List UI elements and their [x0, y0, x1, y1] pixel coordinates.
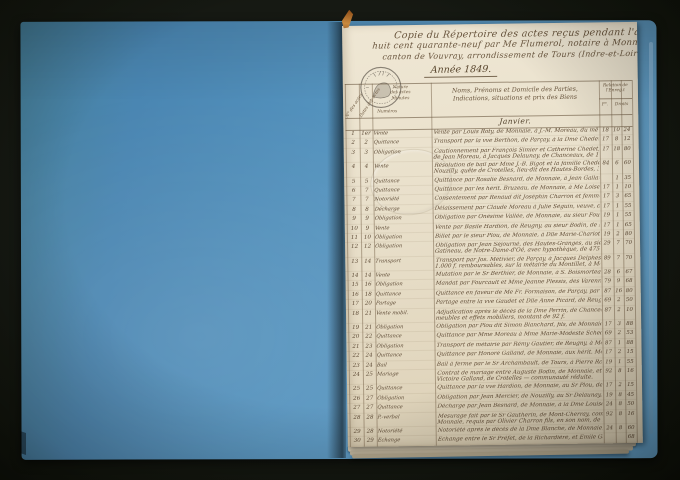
entry-centimes: 65: [622, 193, 633, 199]
entry-description: Vente par Louis Roty, de Monnaie, à J.-M…: [433, 127, 599, 136]
entry-description: Transport de métairie par Rémy Gautier, …: [436, 340, 602, 349]
entry-date: 28: [364, 428, 377, 434]
entry-description: Consentement par Renaud dit Joséphin Cha…: [434, 194, 600, 203]
entry-centimes: 88: [624, 340, 635, 346]
entry-date: 7: [360, 188, 373, 194]
entry-nature: Échange: [377, 437, 435, 444]
entry-description: Quittance par Rosalie Besnard, de Monnai…: [434, 175, 600, 184]
entry-nature: P.-verbal: [377, 413, 435, 420]
entry-nature: Transport: [375, 257, 433, 264]
entry-folio: 84: [600, 160, 612, 166]
entry-description: Quittance en faveur de Me Fr. Formaison,…: [435, 288, 601, 297]
entry-folio: 87: [602, 307, 614, 313]
entry-nature: Quittance: [374, 187, 432, 194]
entry-nature: Quittance: [377, 404, 435, 411]
entry-centimes: 15: [625, 382, 636, 388]
entry-number: 26: [350, 396, 363, 402]
entry-centimes: 35: [622, 175, 633, 181]
entry-francs: 1: [614, 340, 624, 346]
entry-francs: 2: [613, 231, 623, 237]
entry-description: Transport par la vve Berthon, de Parçay,…: [433, 137, 599, 146]
entry-description: Quittance par Mme Moreau à Mme Marie-Mod…: [436, 331, 602, 340]
entry-date: 2: [360, 140, 373, 146]
entry-nature: Vente mobil.: [376, 309, 434, 316]
entry-description: Mandat par Fourcault et Mme Jeanne Pless…: [435, 279, 601, 288]
entry-centimes: 16: [625, 410, 636, 416]
entry-description: Notoriété après le décès de la Dme Blanc…: [437, 425, 603, 434]
entry-centimes: 80: [624, 288, 635, 294]
entry-folio: 19: [603, 392, 615, 398]
entry-francs: 1: [613, 212, 623, 218]
entry-nature: Quittance: [374, 177, 432, 184]
entry-nature: Décharge: [374, 205, 432, 212]
entry-folio: 92: [603, 368, 615, 374]
entries-list: 1 1er Vente Vente par Louis Roty, de Mon…: [343, 126, 642, 447]
right-header-title: Relation de l'Enreg.t: [599, 83, 632, 94]
entry-number: 17: [349, 301, 362, 307]
entry-nature: Quittance: [373, 139, 431, 146]
entry-folio: 79: [602, 279, 614, 285]
entry-nature: Bail: [376, 361, 434, 368]
entry-date: 27: [363, 405, 376, 411]
entry-date: 24: [363, 362, 376, 368]
entry-date: 20: [362, 301, 375, 307]
entry-description: Transport par Jos. Métivier, de Parçay, …: [435, 255, 601, 270]
entry-centimes: 15: [625, 349, 636, 355]
right-subheader-rule: [599, 98, 632, 99]
entry-nature: Obligation: [375, 243, 433, 250]
entry-date: 8: [361, 206, 374, 212]
entry-centimes: 55: [623, 212, 634, 218]
entry-francs: 2: [614, 297, 624, 303]
entry-folio: 17: [600, 137, 612, 143]
entry-centimes: 55: [625, 359, 636, 365]
entry-date: 14: [361, 273, 374, 279]
entry-date: 29: [364, 438, 377, 444]
entry-centimes: 50: [624, 297, 635, 303]
entry-number: 12: [348, 244, 361, 250]
entry-description: Obligation par Onésime Vallée, de Monnai…: [434, 213, 600, 222]
entry-folio: 19: [601, 231, 613, 237]
entry-centimes: 55: [622, 203, 633, 209]
right-subheader-droits: Droits: [611, 102, 632, 108]
entry-description: Obligation par Plou dit Simon Blanchard,…: [436, 321, 602, 330]
entry-number: 3: [347, 150, 360, 156]
entry-nature: Partage: [376, 300, 434, 307]
entry-number: 22: [350, 353, 363, 359]
entry-nature: Obligation: [376, 343, 434, 350]
entry-francs: 9: [614, 279, 624, 285]
entry-francs: 8: [615, 368, 625, 374]
entry-nature: Mariage: [376, 371, 434, 378]
entry-date: 4: [360, 164, 373, 170]
entry-folio: 89: [601, 255, 613, 261]
entry-centimes: 10: [622, 184, 633, 190]
entry-description: Mutation par le Sr Berthier, de Monnaie,…: [435, 269, 601, 278]
entry-centimes: 12: [622, 136, 633, 142]
entry-number: 5: [347, 178, 360, 184]
entry-centimes: 68: [624, 278, 635, 284]
entry-description: Délaissement par Claude Moreau à Julie S…: [434, 203, 600, 212]
entry-nature: Obligation: [375, 281, 433, 288]
entry-centimes: 50: [625, 401, 636, 407]
entry-francs: 1: [612, 203, 622, 209]
entry-folio: 24: [604, 425, 616, 431]
entry-description: Cautionnement par François Simier et Cat…: [433, 146, 599, 161]
entry-francs: 10: [611, 127, 621, 133]
main-header-line-2: Indications, situations et prix des Bien…: [431, 93, 599, 103]
entry-description: Bail à ferme par le Sr Archambault, de T…: [436, 359, 602, 368]
entry-nature: Quittance: [375, 291, 433, 298]
entry-number: 9: [348, 216, 361, 222]
entry-date: 23: [362, 343, 375, 349]
entry-folio: 17: [602, 321, 614, 327]
entry-francs: 3: [612, 193, 622, 199]
entry-number: 4: [347, 164, 360, 170]
entry-centimes: 60: [626, 425, 637, 431]
entry-centimes: 68: [626, 434, 637, 440]
entry-nature: Notoriété: [377, 428, 435, 435]
entry-centimes: 70: [623, 240, 634, 246]
entry-description: Obligation par Jean Mercier, de Nouzilly…: [437, 392, 603, 401]
entry-francs: 1: [612, 175, 622, 181]
entry-description: Résolution de bail par Mme J.-B. Bigot e…: [433, 161, 599, 176]
entry-date: 28: [363, 414, 376, 420]
entry-number: 21: [349, 344, 362, 350]
entry-centimes: 10: [624, 307, 635, 313]
entry-francs: 6: [613, 269, 623, 275]
entry-date: 21: [362, 310, 375, 316]
entry-number: 13: [348, 258, 361, 264]
entry-date: 3: [360, 149, 373, 155]
entry-description: Billet par le sieur Plou, de Monnaie, à …: [435, 231, 601, 240]
entry-number: 8: [348, 206, 361, 212]
entry-folio: 18: [599, 127, 611, 133]
entry-centimes: 88: [624, 321, 635, 327]
entry-centimes: 67: [623, 269, 634, 275]
entry-francs: 2: [615, 349, 625, 355]
entry-folio: 17: [600, 194, 612, 200]
entry-nature: Vente: [374, 224, 432, 231]
entry-date: 14: [361, 258, 374, 264]
entry-francs: 2: [614, 331, 624, 337]
month-header: Janvier.: [431, 115, 600, 126]
entry-description: Décharge par Jean Besnard, de Monnaie, à…: [437, 402, 603, 411]
entry-centimes: 45: [625, 392, 636, 398]
entry-centimes: 60: [622, 160, 633, 166]
entry-number: 27: [350, 405, 363, 411]
entry-date: 5: [360, 178, 373, 184]
entry-francs: 2: [615, 382, 625, 388]
entry-francs: 8: [616, 425, 626, 431]
right-subheader-folio: F°.: [599, 102, 611, 108]
entry-nature: Obligation: [375, 234, 433, 241]
entry-francs: 8: [612, 136, 622, 142]
entry-description: Échange entre le Sr Préfet, de la Richar…: [437, 435, 603, 444]
entry-date: 1er: [359, 131, 372, 137]
col-header-numeros: Numéros: [359, 109, 415, 115]
entry-description: Obligation par Jean Séjourné, des Hautes…: [434, 241, 600, 256]
entry-date: 22: [362, 334, 375, 340]
entry-folio: 29: [601, 241, 613, 247]
entry-date: 25: [363, 372, 376, 378]
entry-folio: 17: [601, 222, 613, 228]
right-header-line-2: l'Enreg.t: [599, 88, 632, 94]
entry-centimes: 80: [622, 146, 633, 152]
entry-number: 29: [351, 429, 364, 435]
entry-centimes: 80: [623, 231, 634, 237]
entry-nature: Quittance: [376, 333, 434, 340]
entry-nature: Obligation: [377, 395, 435, 402]
entry-number: 30: [351, 438, 364, 444]
entry-nature: Quittance: [377, 385, 435, 392]
entry-number: 28: [350, 414, 363, 420]
entry-date: 16: [362, 282, 375, 288]
entry-francs: 3: [614, 321, 624, 327]
entry-description: Quittance par la vve Hardion, de Monnaie…: [437, 383, 603, 392]
entry-number: 20: [349, 334, 362, 340]
entry-description: Quittance par Honoré Galland, de Monnaie…: [436, 350, 602, 359]
entry-date: 7: [360, 197, 373, 203]
entry-francs: 6: [612, 160, 622, 166]
entry-francs: 18: [612, 146, 622, 152]
entry-date: 24: [363, 353, 376, 359]
entry-number: 7: [347, 197, 360, 203]
entry-folio: 17: [600, 203, 612, 209]
entry-centimes: 70: [623, 255, 634, 261]
entry-description: Adjudication après le décès de la Dme Pe…: [435, 307, 601, 322]
entry-date: 9: [361, 225, 374, 231]
cover-edge-highlight: [649, 42, 653, 434]
entry-description: Vente par Basile Hardion, de Reugny, au …: [434, 222, 600, 231]
entry-date: 27: [363, 395, 376, 401]
entry-number: 11: [348, 235, 361, 241]
entry-francs: 8: [615, 411, 625, 417]
entry-folio: 19: [601, 212, 613, 218]
entry-francs: 8: [615, 392, 625, 398]
entry-number: 25: [350, 386, 363, 392]
archival-photo: Copie du Répertoire des actes reçus pend…: [0, 0, 680, 480]
entry-number: 15: [349, 282, 362, 288]
entry-nature: Vente: [374, 163, 432, 170]
entry-centimes: 16: [625, 368, 636, 374]
entry-number: 18: [349, 310, 362, 316]
entry-centimes: 24: [621, 127, 632, 133]
entry-description: Contrat de mariage entre Auguste Bodin, …: [436, 368, 602, 383]
entry-number: 14: [348, 273, 361, 279]
entry-folio: 24: [603, 401, 615, 407]
entry-date: 18: [362, 291, 375, 297]
entry-number: 2: [347, 140, 360, 146]
entry-francs: 7: [613, 255, 623, 261]
entry-folio: 17: [603, 349, 615, 355]
entry-folio: 17: [600, 146, 612, 152]
entry-francs: 8: [615, 401, 625, 407]
entry-nature: Obligation: [376, 324, 434, 331]
entry-nature: Obligation: [374, 215, 432, 222]
entry-folio: 19: [603, 359, 615, 365]
entry-date: 9: [361, 216, 374, 222]
entry-folio: 17: [603, 383, 615, 389]
entry-number: 6: [347, 188, 360, 194]
entry-date: 12: [361, 244, 374, 250]
entry-number: 19: [349, 325, 362, 331]
col-header-nature: Nature des actes Minutes: [372, 85, 429, 102]
entry-folio: 69: [602, 297, 614, 303]
entry-folio: 69: [602, 331, 614, 337]
entry-nature: Vente: [375, 272, 433, 279]
entry-francs: 1: [615, 359, 625, 365]
entry-francs: 1: [613, 222, 623, 228]
entry-description: Mesurage fait par le Sr Gautherin, de Mo…: [437, 411, 603, 426]
entry-number: 10: [348, 225, 361, 231]
entry-number: 16: [349, 292, 362, 298]
entry-folio: 87: [602, 340, 614, 346]
entry-nature: Obligation: [373, 149, 431, 156]
entry-nature: Notoriété: [374, 196, 432, 203]
year-title: Année 1849.: [424, 64, 498, 78]
entry-francs: 16: [614, 288, 624, 294]
entry-folio: 87: [602, 288, 614, 294]
entry-francs: 1: [612, 184, 622, 190]
entry-folio: 17: [600, 184, 612, 190]
entry-date: 21: [362, 325, 375, 331]
entry-francs: 2: [614, 307, 624, 313]
entry-number: 23: [350, 362, 363, 368]
cover-corner-shadow: [20, 431, 26, 455]
col-header-nature-l3: Minutes: [372, 96, 429, 102]
entry-nature: Vente: [373, 130, 431, 137]
entry-folio: 92: [603, 411, 615, 417]
entry-number: 1: [346, 131, 359, 137]
entry-date: 10: [361, 234, 374, 240]
entry-centimes: 65: [623, 221, 634, 227]
entry-folio: 28: [601, 269, 613, 275]
entry-date: 25: [363, 386, 376, 392]
entry-nature: Quittance: [376, 352, 434, 359]
entry-description: Quittance par les hérit. Bruzeau, de Mon…: [434, 184, 600, 193]
entry-centimes: 53: [624, 330, 635, 336]
register-page: Copie du Répertoire des actes reçus pend…: [342, 22, 643, 447]
main-column-header: Noms, Prénoms et Domicile des Parties, I…: [431, 85, 599, 103]
entry-description: Partage entre la vve Gaudet et Dlle Anne…: [436, 298, 602, 307]
entry-number: 24: [350, 372, 363, 378]
entry-francs: 7: [613, 240, 623, 246]
